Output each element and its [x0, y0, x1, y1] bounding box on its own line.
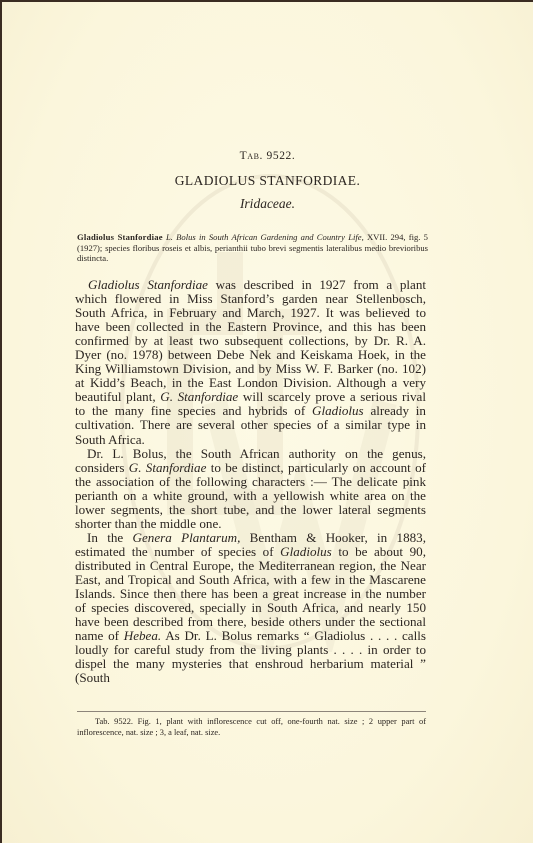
family-name: Iridaceae. — [2, 196, 533, 212]
text-run: was described in 1927 from a plant which… — [75, 277, 426, 404]
italic-genus: Gladiolus — [280, 544, 332, 559]
paragraph-3: In the Genera Plantarum, Bentham & Hooke… — [75, 531, 426, 686]
species-title: GLADIOLUS STANFORDIAE. — [2, 173, 533, 189]
body-text: Gladiolus Stanfordiae was described in 1… — [75, 278, 426, 685]
paragraph-1: Gladiolus Stanfordiae was described in 1… — [75, 278, 426, 447]
diagnosis-latin: species floribus roseis et albis, perian… — [77, 243, 428, 264]
document-page: Tab. 9522. GLADIOLUS STANFORDIAE. Iridac… — [2, 2, 533, 843]
diagnosis-species-name: Gladiolus Stanfordiae — [77, 232, 163, 242]
diagnosis-paragraph: Gladiolus Stanfordiae L. Bolus in South … — [77, 232, 428, 264]
text-run: In the — [87, 530, 133, 545]
italic-title: Genera Plantarum, — [133, 530, 241, 545]
diagnosis-citation: L. Bolus in South African Gardening and … — [166, 232, 364, 242]
paragraph-2: Dr. L. Bolus, the South African authorit… — [75, 447, 426, 531]
plate-number: Tab. 9522. — [2, 150, 533, 162]
italic-species: Gladiolus Stanfordiae — [88, 277, 208, 292]
italic-species: G. Stanfordiae — [160, 389, 238, 404]
italic-section: Hebea. — [124, 628, 161, 643]
italic-species: G. Stanfordiae — [129, 460, 207, 475]
plate-footnote: Tab. 9522. Fig. 1, plant with infloresce… — [77, 716, 426, 738]
footnote-divider — [77, 711, 426, 712]
italic-genus: Gladiolus — [312, 403, 364, 418]
